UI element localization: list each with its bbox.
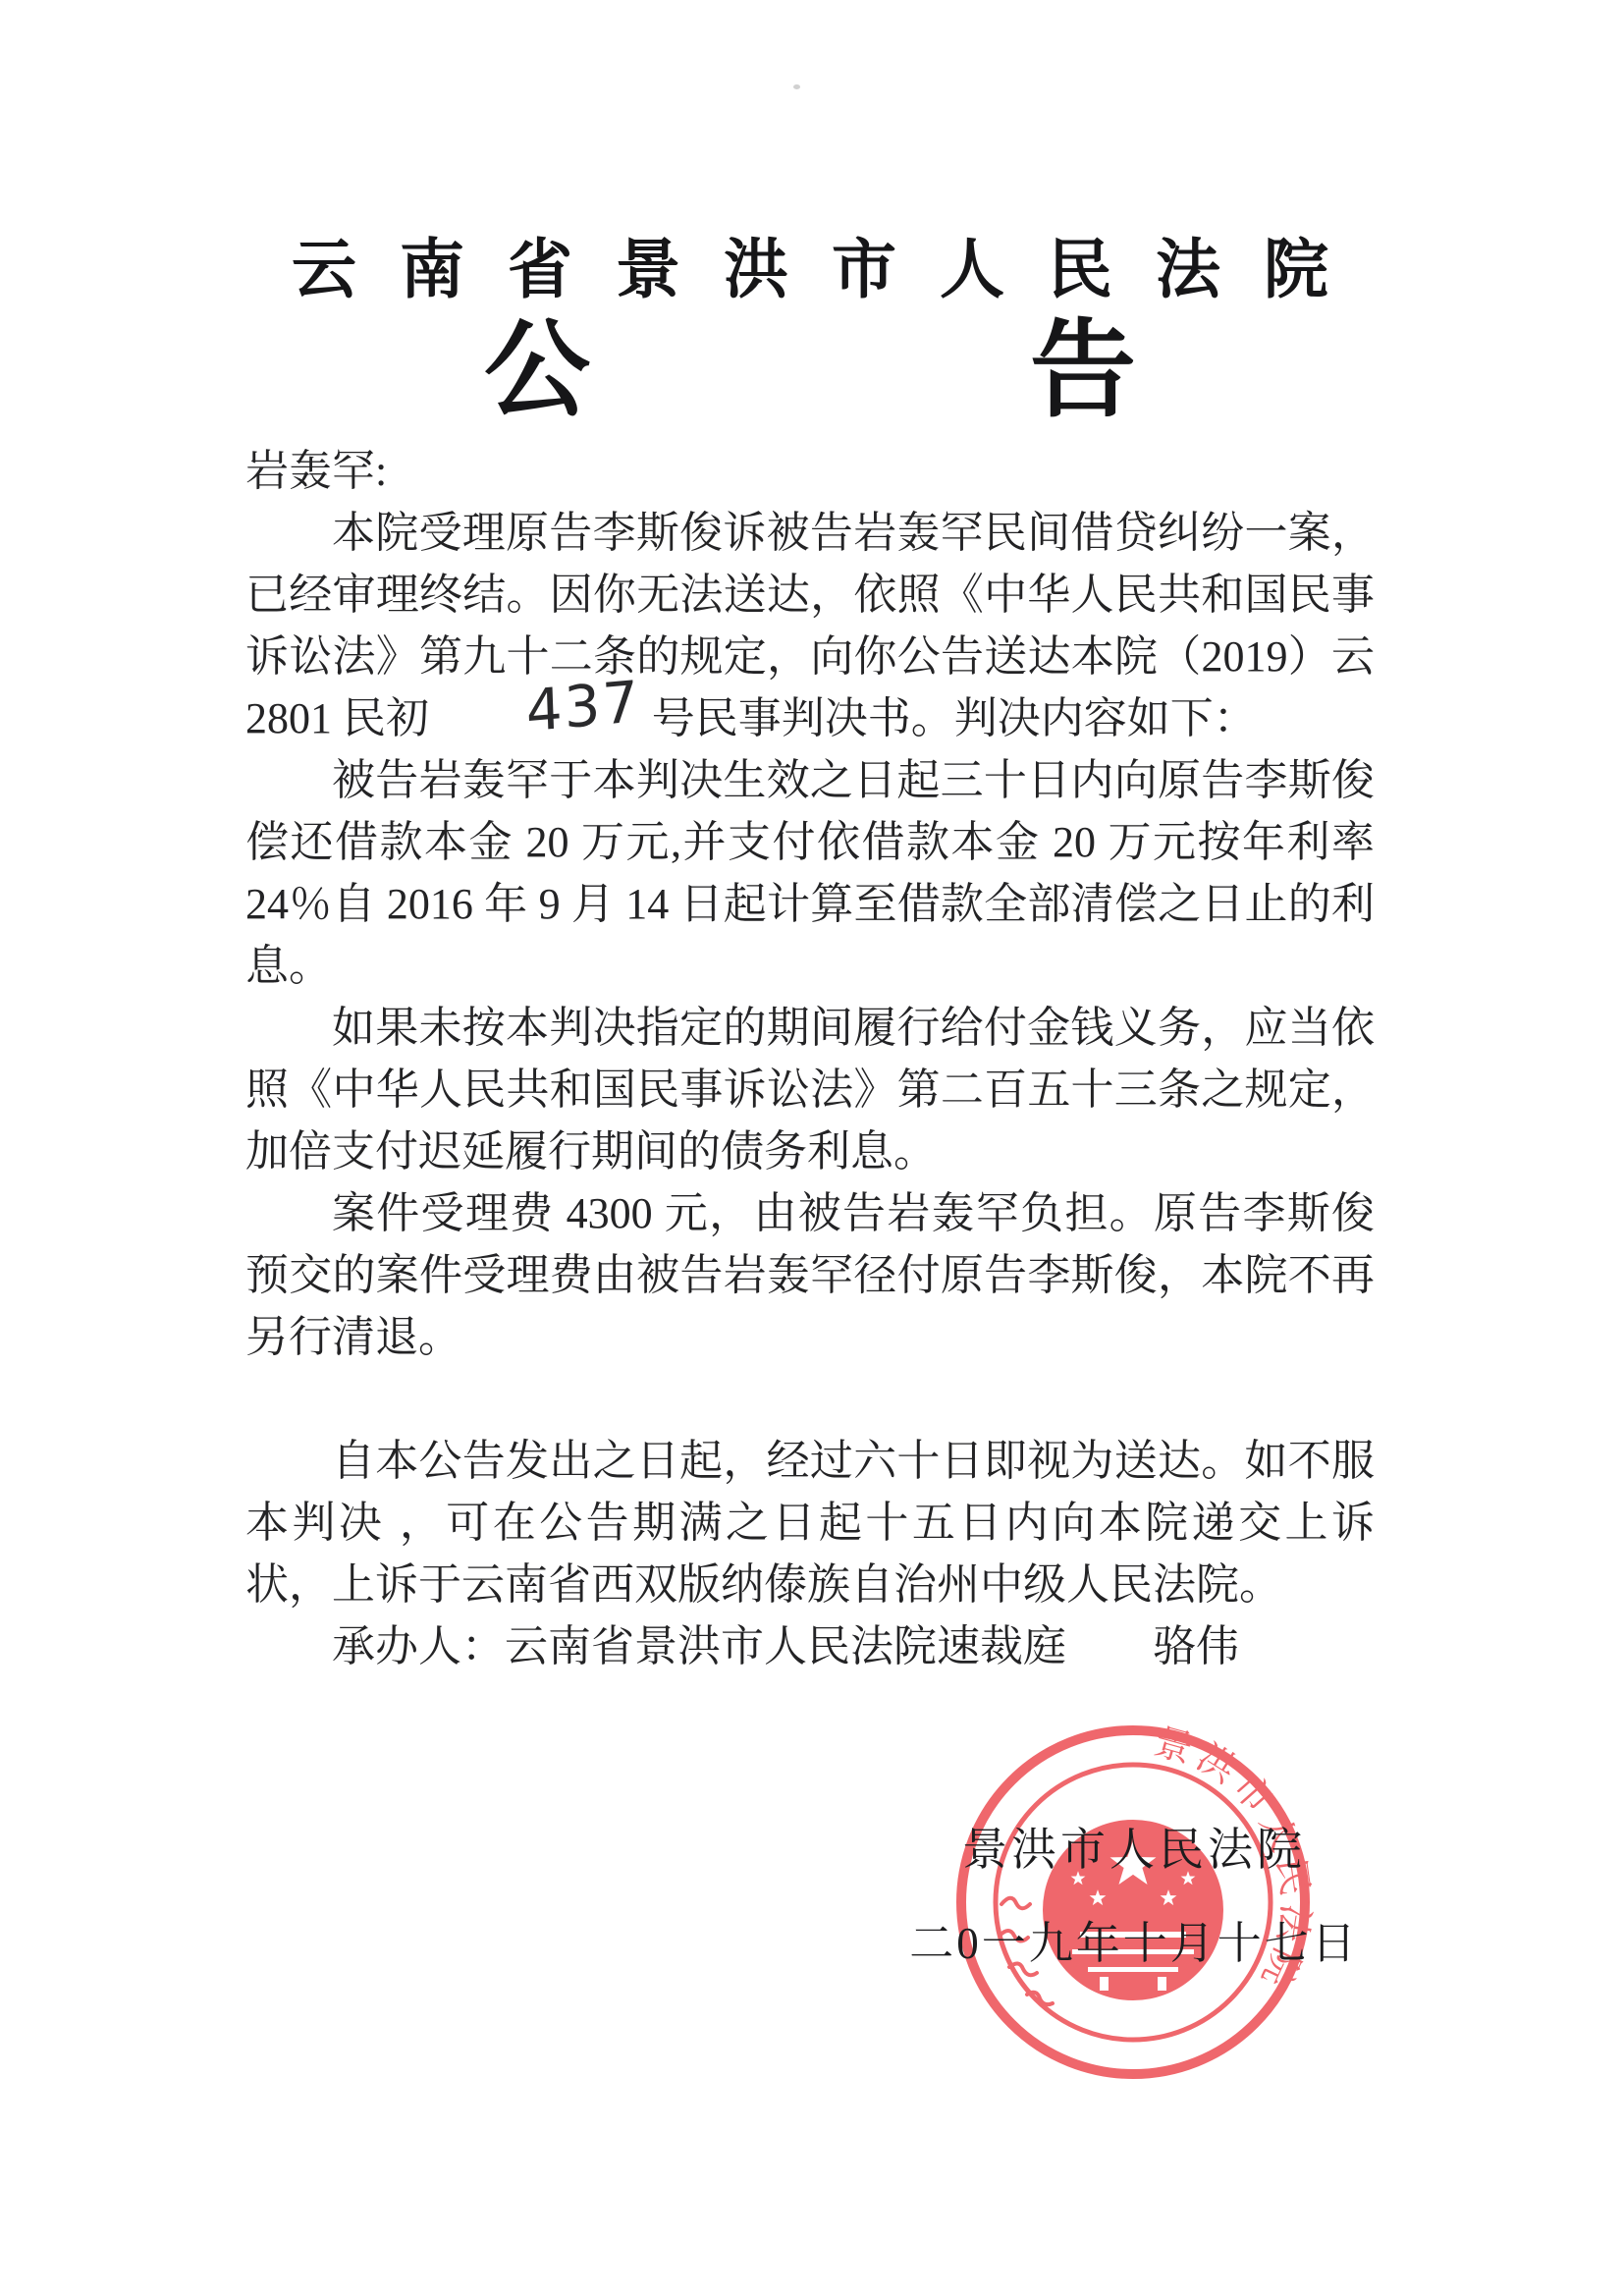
paragraph-service-appeal: 自本公告发出之日起，经过六十日即视为送达。如不服本判决 ，可在公告期满之日起十五… — [245, 1430, 1375, 1615]
paragraph-case-intro-after: 号民事判决书。判决内容如下： — [641, 694, 1257, 742]
scan-artifact — [793, 84, 800, 89]
emblem-gate-pillar — [1158, 1977, 1166, 1991]
announcement-page: 云南省景洪市人民法院 公 告 岩轰罕: 本院受理原告李斯俊诉被告岩轰罕民间借贷纠… — [0, 0, 1623, 2296]
addressee-line: 岩轰罕: — [245, 440, 1375, 502]
signature-court-name: 景洪市人民法院 — [903, 1823, 1365, 1878]
paragraph-court-fee: 案件受理费 4300 元，由被告岩轰罕负担。原告李斯俊预交的案件受理费由被告岩轰… — [245, 1182, 1375, 1368]
paragraph-late-interest: 如果未按本判决指定的期间履行给付金钱义务，应当依照《中华人民共和国民事诉讼法》第… — [245, 997, 1375, 1182]
court-title: 云南省景洪市人民法院 — [245, 234, 1375, 306]
paragraph-judgment: 被告岩轰罕于本判决生效之日起三十日内向原告李斯俊偿还借款本金 20 万元,并支付… — [245, 749, 1375, 997]
handwritten-case-number: 437 — [439, 682, 640, 738]
signature-block: 景洪市人民法院 二0一九年十月十七日 — [903, 1823, 1365, 1970]
emblem-gate-pillar — [1100, 1977, 1109, 1991]
signature-date: 二0一九年十月十七日 — [903, 1917, 1365, 1970]
announcement-body: 岩轰罕: 本院受理原告李斯俊诉被告岩轰罕民间借贷纠纷一案，已经审理终结。因你无法… — [245, 440, 1375, 1677]
handler-line: 承办人：云南省景洪市人民法院速裁庭 骆伟 — [245, 1615, 1375, 1677]
paragraph-case-intro: 本院受理原告李斯俊诉被告岩轰罕民间借贷纠纷一案，已经审理终结。因你无法送达，依照… — [245, 502, 1375, 749]
doc-type-title: 公 告 — [245, 312, 1375, 430]
